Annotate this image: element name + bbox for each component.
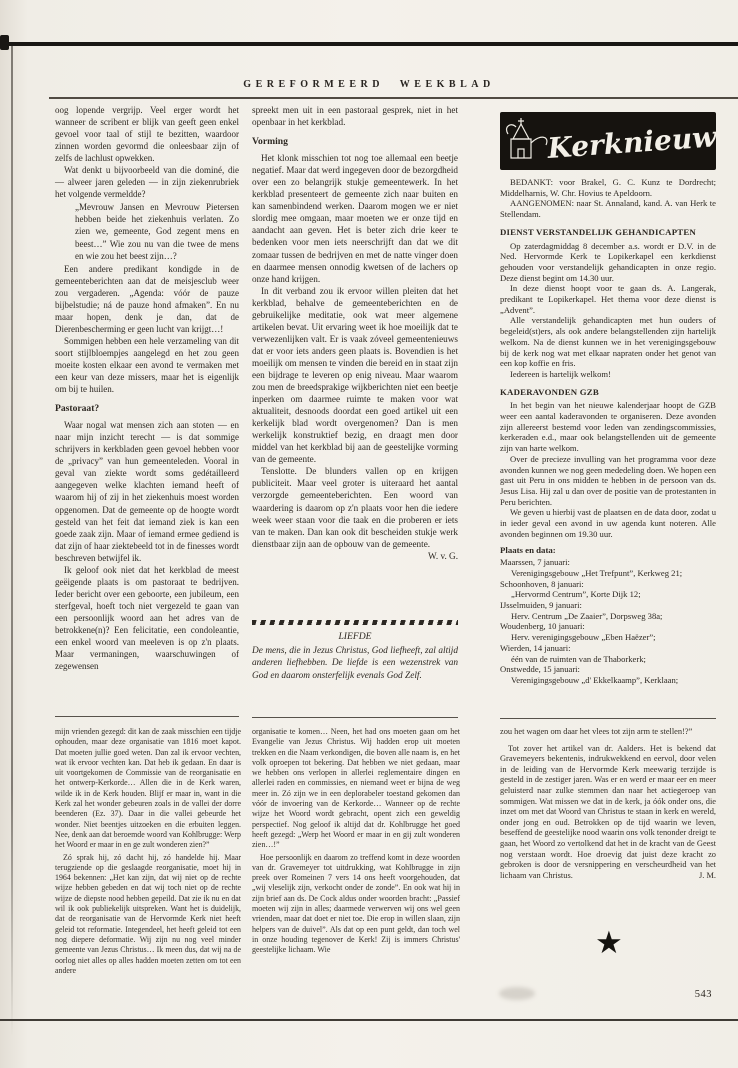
paragraph-text: Tot zover het artikel van dr. Aalders. H… [500, 744, 716, 880]
paragraph: Een andere predikant kondigde in de geme… [55, 263, 239, 335]
paragraph: In dit verband zou ik ervoor willen plei… [252, 285, 458, 466]
paragraph: spreekt men uit in een pastoraal gesprek… [252, 104, 458, 128]
page-title: GEREFORMEERD WEEKBLAD [0, 79, 738, 90]
divider-rule-middle [252, 717, 458, 718]
masthead-rule [49, 97, 738, 99]
top-scan-rule [0, 42, 738, 46]
paragraph: Sommigen hebben een hele verzameling van… [55, 335, 239, 395]
agenda-place: Schoonhoven, 8 januari: [500, 579, 716, 590]
paragraph: Iedereen is hartelijk welkom! [500, 369, 716, 380]
paragraph: zou het wagen om daar het vlees tot zijn… [500, 727, 716, 738]
column-kerknieuws: Kerknieuws BEDANKT: voor Brakel, G. C. K… [500, 112, 716, 686]
agenda-place: Wierden, 14 januari: [500, 643, 716, 654]
newspaper-page: GEREFORMEERD WEEKBLAD oog lopende vergri… [0, 0, 738, 1068]
paragraph: Ik geloof ook niet dat het kerkblad de m… [55, 564, 239, 672]
bedankt-notice: BEDANKT: voor Brakel, G. C. Kunz te Dord… [500, 177, 716, 198]
paragraph: organisatie te komen… Neen, het had ons … [252, 727, 460, 851]
agenda-venue: één van de ruimten van de Thaborkerk; [511, 654, 716, 665]
author-initials: W. v. G. [419, 550, 458, 562]
paragraph: Tenslotte. De blunders vallen op en krij… [252, 465, 458, 549]
paragraph: In het begin van het nieuwe kalenderjaar… [500, 400, 716, 454]
divider-rule-right [500, 718, 716, 719]
aangenomen-notice: AANGENOMEN: naar St. Annaland, kand. A. … [500, 198, 716, 219]
spine-line [11, 46, 13, 1036]
paragraph-text: Tenslotte. De blunders vallen op en krij… [252, 466, 458, 548]
petit-column-middle: organisatie te komen… Neen, het had ons … [252, 727, 460, 956]
paragraph: Alle verstandelijk gehandicapten met hun… [500, 315, 716, 369]
column-middle: spreekt men uit in een pastoraal gesprek… [252, 104, 458, 562]
paragraph: Hoe persoonlijk en daarom zo treffend ko… [252, 853, 460, 956]
paragraph: Tot zover het artikel van dr. Aalders. H… [500, 744, 716, 882]
agenda-venue: Herv. Centrum „De Zaaier”, Dorpsweg 38a; [511, 611, 716, 622]
agenda-place: Onstwedde, 15 januari: [500, 664, 716, 675]
agenda-venue: Verenigingsgebouw „d' Ekkelkaamp”, Kerkl… [511, 675, 716, 686]
blockquote: „Mevrouw Jansen en Mevrouw Pietersen heb… [75, 201, 239, 261]
agenda-venue: „Hervormd Centrum”, Korte Dijk 12; [511, 589, 716, 600]
liefde-title: LIEFDE [252, 631, 458, 643]
agenda-venue: Verenigingsgebouw „Het Trefpunt”, Kerkwe… [511, 568, 716, 579]
star-icon: ★ [595, 928, 623, 959]
paragraph: Het klonk misschien tot nog toe allemaal… [252, 152, 458, 285]
author-initials: J. M. [691, 871, 716, 882]
paragraph: Waar nogal wat mensen zich aan stoten — … [55, 419, 239, 564]
kerknieuws-banner: Kerknieuws [500, 112, 716, 170]
agenda-place: IJsselmuiden, 9 januari: [500, 600, 716, 611]
quote-text: „Mevrouw Jansen en Mevrouw Pietersen heb… [75, 201, 239, 261]
petit-column-right: zou het wagen om daar het vlees tot zijn… [500, 727, 716, 881]
paragraph: oog lopende vergrijp. Veel erger wordt h… [55, 104, 239, 164]
scan-edge-mark [0, 35, 9, 50]
paragraph: mijn vrienden gezegd: dit kan de zaak mi… [55, 727, 241, 851]
liefde-block: LIEFDE De mens, die in Jezus Christus, G… [252, 631, 458, 682]
section-heading-vorming: Vorming [252, 136, 458, 148]
petit-column-left: mijn vrienden gezegd: dit kan de zaak mi… [55, 727, 241, 976]
section-heading-dienst: DIENST VERSTANDELIJK GEHANDICAPTEN [500, 227, 716, 238]
plaats-en-data-label: Plaats en data: [500, 545, 716, 556]
paragraph: Over de precieze invulling van het progr… [500, 454, 716, 508]
section-heading-pastoraat: Pastoraat? [55, 403, 239, 415]
paragraph: Op zaterdagmiddag 8 december a.s. wordt … [500, 241, 716, 284]
agenda-place: Woudenberg, 10 januari: [500, 621, 716, 632]
page-number: 543 [695, 989, 712, 1000]
paragraph: Wat denkt u bijvoorbeeld van die dominé,… [55, 164, 239, 200]
agenda-place: Maarssen, 7 januari: [500, 557, 716, 568]
paragraph: We geven u hierbij vast de plaatsen en d… [500, 507, 716, 539]
agenda-list: Maarssen, 7 januari: Verenigingsgebouw „… [500, 557, 716, 685]
dashed-divider [252, 620, 458, 625]
agenda-venue: Herv. verenigingsgebouw „Eben Haëzer”; [511, 632, 716, 643]
section-heading-kaderavonden: KADERAVONDEN GZB [500, 387, 716, 398]
paragraph: In deze dienst hoopt voor te gaan ds. A.… [500, 283, 716, 315]
bottom-scan-rule [0, 1019, 738, 1021]
column-left: oog lopende vergrijp. Veel erger wordt h… [55, 104, 239, 672]
divider-rule-left [55, 716, 239, 717]
scan-smudge [499, 987, 535, 1000]
liefde-text: De mens, die in Jezus Christus, God lief… [252, 645, 458, 682]
paragraph: Zó sprak hij, zó dacht hij, zó handelde … [55, 853, 241, 977]
kerknieuws-banner-art: Kerknieuws [500, 112, 716, 170]
